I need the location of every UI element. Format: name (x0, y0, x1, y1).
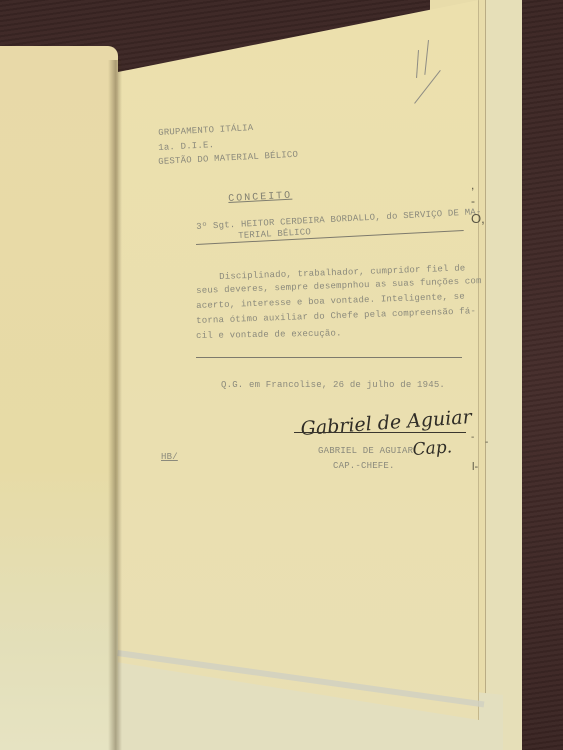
body-divider (196, 357, 462, 358)
signatory-title: CAP.-CHEFE. (333, 461, 395, 471)
binder-gutter (108, 60, 122, 750)
margin-mark: - (471, 194, 475, 208)
margin-mark: O, (471, 211, 485, 226)
margin-mark: - (485, 437, 488, 448)
typist-initials: HB/ (161, 452, 178, 462)
signatory-name: GABRIEL DE AGUIAR (318, 446, 413, 456)
place-date: Q.G. em Francolise, 26 de julho de 1945. (221, 380, 445, 390)
left-binder-page (0, 46, 118, 750)
handwritten-rank: Cap. (412, 437, 453, 460)
signature-line (294, 432, 466, 433)
margin-mark: - (471, 432, 474, 443)
document-sheet (118, 0, 479, 720)
margin-mark: , (471, 178, 474, 192)
margin-mark: l- (472, 461, 478, 473)
